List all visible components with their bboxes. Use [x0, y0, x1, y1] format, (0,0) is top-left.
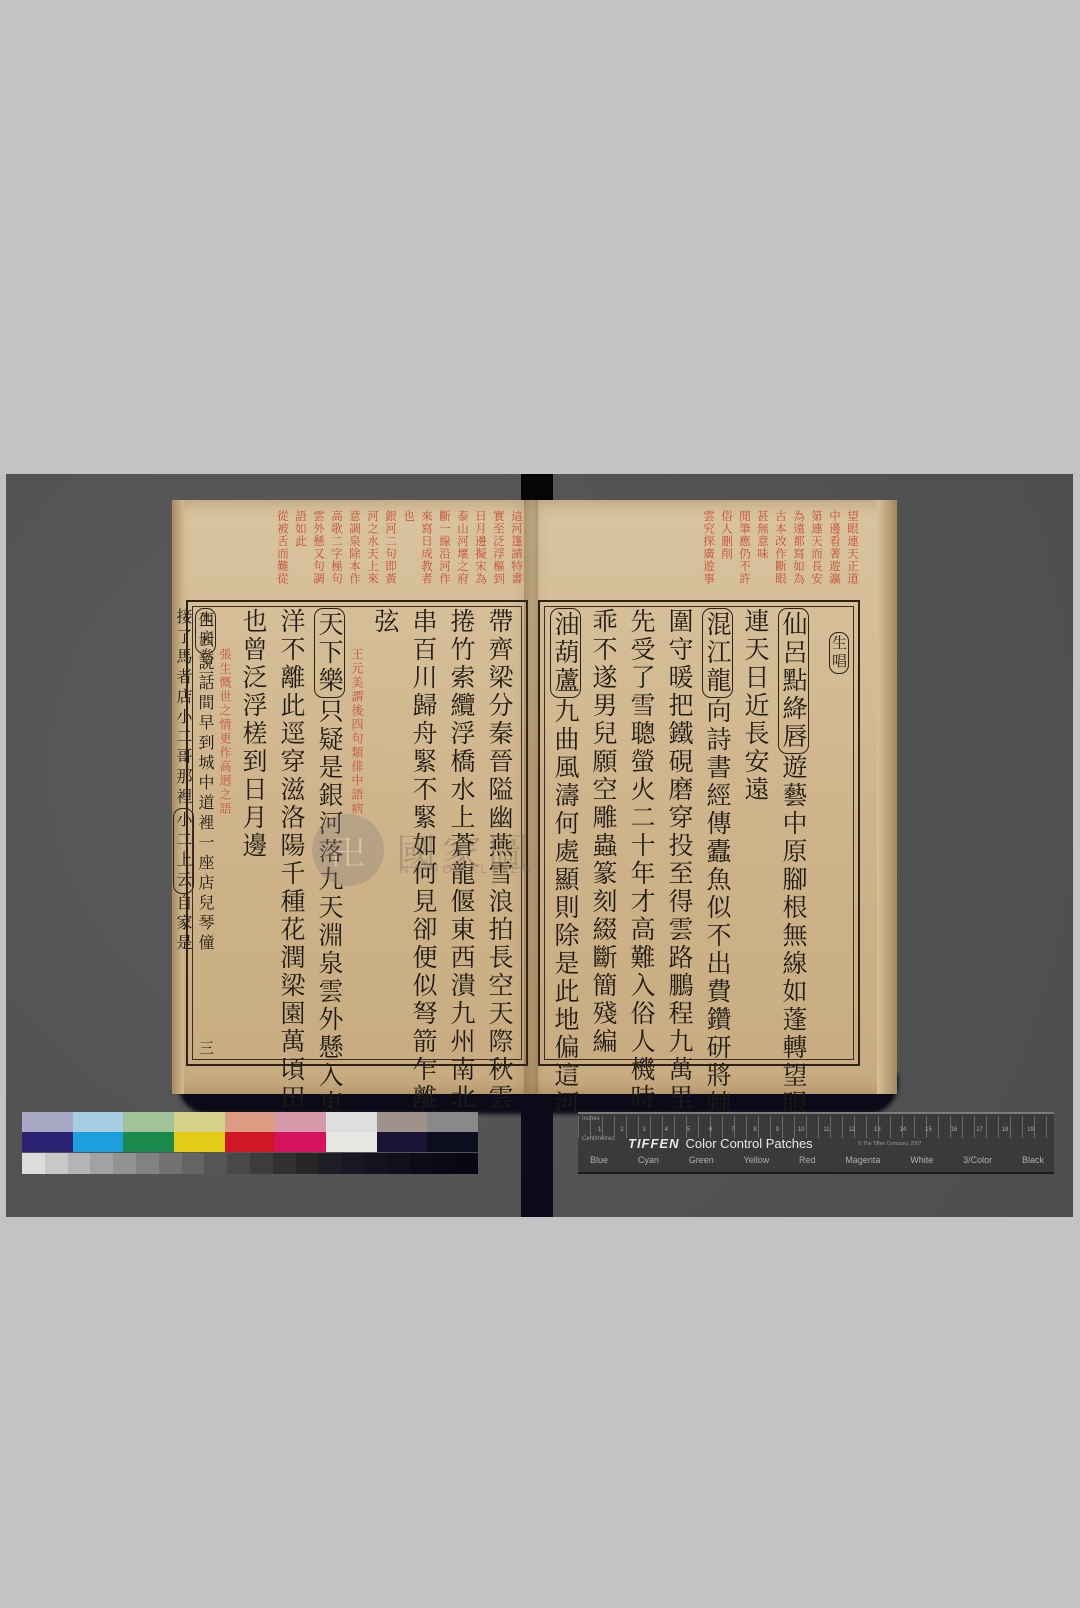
color-swatch: [182, 1153, 205, 1174]
cm-number: 18: [1002, 1127, 1009, 1133]
patch-label: Green: [689, 1155, 714, 1165]
color-swatch: [341, 1153, 364, 1174]
cm-number: 19: [1027, 1127, 1034, 1133]
cm-number: 5: [687, 1127, 690, 1133]
left-upper-annotations: 這河篷請特書實至泛浮樞到日月邊擬宋為泰山河壞之府斷一線沿河作來寫日成教者也銀河二…: [188, 510, 524, 598]
color-swatch: [250, 1153, 273, 1174]
cm-number: 2: [620, 1127, 623, 1133]
color-swatch: [318, 1153, 341, 1174]
cm-number: 8: [753, 1127, 756, 1133]
color-swatch: [68, 1153, 91, 1174]
color-swatch: [159, 1153, 182, 1174]
color-swatch: [455, 1153, 478, 1174]
cm-number: 6: [709, 1127, 712, 1133]
color-swatch: [387, 1153, 410, 1174]
stage-direction: 小二上云: [173, 808, 194, 894]
annotation-column: 閒筆應仍不許: [738, 510, 752, 598]
annotation-column: 河之水天上來: [366, 510, 380, 598]
color-swatch: [377, 1112, 428, 1132]
color-swatch: [90, 1153, 113, 1174]
color-swatch: [73, 1112, 124, 1132]
text-column: 仙呂點絳唇遊藝中原腳根無線如蓬轉望眼: [774, 608, 812, 1058]
color-swatch: [225, 1112, 276, 1132]
annotation-column: 日月邊擬宋為: [474, 510, 488, 598]
patch-label: Red: [799, 1155, 816, 1165]
page-number: 三: [196, 1040, 217, 1058]
cm-number: 13: [874, 1127, 881, 1133]
color-swatch: [174, 1132, 225, 1152]
annotation-column: 來寫日成教者: [420, 510, 434, 598]
tune-title: 天下樂: [314, 608, 345, 698]
cm-number: 7: [731, 1127, 734, 1133]
color-swatch: [123, 1112, 174, 1132]
color-swatch: [377, 1132, 428, 1152]
annotation-column: 也: [402, 510, 416, 598]
centimeters-label: Centimetres: [582, 1136, 614, 1142]
annotation-column: 望眼連天正道: [846, 510, 860, 598]
cm-number: 10: [798, 1127, 805, 1133]
annotation-column: 高歌二字極句: [330, 510, 344, 598]
text-column: 乖不遂男兒願空雕蟲篆刻綴斷簡殘編: [584, 608, 622, 1058]
color-swatch: [204, 1153, 227, 1174]
annotation-column: 為遠都寫如為: [792, 510, 806, 598]
tune-title: 仙呂點絳唇: [778, 608, 809, 754]
patch-labels: BlueCyanGreenYellowRedMagentaWhite3/Colo…: [590, 1155, 1044, 1165]
color-swatch: [123, 1132, 174, 1152]
patch-label: White: [910, 1155, 933, 1165]
annotation-column: 雲外懸又句調: [312, 510, 326, 598]
cm-number: 16: [951, 1127, 958, 1133]
color-swatch: [364, 1153, 387, 1174]
color-swatch: [45, 1153, 68, 1174]
cm-number: 9: [776, 1127, 779, 1133]
cm-number: 11: [823, 1127, 829, 1133]
text-column: 混江龍向詩書經傳蠹魚似不出費鑽研將棘: [698, 608, 736, 1058]
inches-label: Inches: [582, 1116, 600, 1122]
cm-number: 4: [665, 1127, 668, 1133]
text-column: 接了馬者店小二哥那裡小二上云自家是: [172, 608, 194, 1058]
red-commentary: 張生慨世之情更作高迥之語: [216, 608, 234, 1058]
cm-number: 17: [976, 1127, 983, 1133]
annotation-column: 中邊看著遊瀛: [828, 510, 842, 598]
ruler-brand: TIFFENColor Control Patches: [628, 1136, 813, 1151]
color-swatch: [22, 1153, 45, 1174]
annotation-column: 第連天而長安: [810, 510, 824, 598]
color-swatch: [275, 1112, 326, 1132]
annotation-column: 古本改作斷眼: [774, 510, 788, 598]
tiffen-ruler: Inches 12345678910111213141516171819 Cen…: [578, 1112, 1054, 1174]
ruler-copyright: © The Tiffen Company, 2007: [858, 1141, 921, 1147]
color-swatch: [326, 1132, 377, 1152]
cm-numbers: 12345678910111213141516171819: [598, 1127, 1034, 1133]
color-swatch: [113, 1153, 136, 1174]
color-swatch: [427, 1112, 478, 1132]
color-swatch: [227, 1153, 250, 1174]
volume-title: 西廂卷一: [196, 612, 217, 684]
color-swatch: [296, 1153, 319, 1174]
color-swatch: [22, 1132, 73, 1152]
patch-label: Blue: [590, 1155, 608, 1165]
annotation-column: 斷一線沿河作: [438, 510, 452, 598]
annotation-column: 語如此: [294, 510, 308, 598]
page-edge-right: [877, 500, 897, 1094]
annotation-column: 雲究探廣遊事: [702, 510, 716, 598]
cm-number: 14: [900, 1127, 907, 1133]
text-column: 洋不離此逕穿滋洛陽千種花潤梁園萬頃田: [272, 608, 310, 1058]
tune-title: 混江龍: [702, 608, 733, 698]
patch-label: Magenta: [845, 1155, 880, 1165]
color-swatch: [326, 1112, 377, 1132]
cm-number: 1: [598, 1127, 601, 1133]
color-swatch: [73, 1132, 124, 1152]
color-swatch: [22, 1112, 73, 1132]
color-swatch: [225, 1132, 276, 1152]
book-gutter: [524, 500, 538, 1094]
color-swatch: [275, 1132, 326, 1152]
cm-number: 3: [642, 1127, 645, 1133]
left-page: 這河篷請特書實至泛浮樞到日月邊擬宋為泰山河壞之府斷一線沿河作來寫日成教者也銀河二…: [172, 500, 530, 1094]
scanned-photo: 這河篷請特書實至泛浮樞到日月邊擬宋為泰山河壞之府斷一線沿河作來寫日成教者也銀河二…: [6, 474, 1073, 1217]
tune-title: 油葫蘆: [550, 608, 581, 698]
open-book: 這河篷請特書實至泛浮樞到日月邊擬宋為泰山河壞之府斷一線沿河作來寫日成教者也銀河二…: [172, 500, 897, 1094]
annotation-column: 這河篷請特書: [510, 510, 524, 598]
annotation-column: 從被舌而難從: [276, 510, 290, 598]
annotation-column: 甚無意味: [756, 510, 770, 598]
color-swatch: [432, 1153, 455, 1174]
text-column: 油葫蘆九曲風濤何處顯則除是此地偏這河: [546, 608, 584, 1058]
cm-number: 15: [925, 1127, 932, 1133]
right-upper-annotations: 望眼連天正道中邊看著遊瀛第連天而長安為遠都寫如為古本改作斷眼甚無意味閒筆應仍不許…: [550, 510, 860, 598]
color-calibration-chart: [22, 1112, 478, 1174]
text-column: 也曾泛浮槎到日月邊: [234, 608, 272, 1058]
color-swatch: [174, 1112, 225, 1132]
role-label: 生唱: [829, 632, 850, 674]
text-column: 先受了雪聰螢火二十年才高難入俗人機時: [622, 608, 660, 1058]
cm-number: 12: [848, 1127, 855, 1133]
color-swatch: [136, 1153, 159, 1174]
annotation-column: 銀河二句即黃: [384, 510, 398, 598]
patch-label: Cyan: [638, 1155, 659, 1165]
patch-label: Yellow: [744, 1155, 770, 1165]
color-swatch: [410, 1153, 433, 1174]
text-column: 連天日近長安遠: [736, 608, 774, 1058]
text-column: 圍守暖把鐵硯磨穿投至得雲路鵬程九萬里: [660, 608, 698, 1058]
patch-label: 3/Color: [963, 1155, 992, 1165]
color-swatch: [427, 1132, 478, 1152]
annotation-column: 實至泛浮樞到: [492, 510, 506, 598]
ribbon-top: [521, 474, 553, 502]
annotation-column: 意調泉除本作: [348, 510, 362, 598]
annotation-column: 泰山河壞之府: [456, 510, 470, 598]
right-page: 望眼連天正道中邊看著遊瀛第連天而長安為遠都寫如為古本改作斷眼甚無意味閒筆應仍不許…: [530, 500, 897, 1094]
color-swatch: [273, 1153, 296, 1174]
library-logo-icon: 卍: [312, 814, 384, 886]
annotation-column: 俗人刪削: [720, 510, 734, 598]
patch-label: Black: [1022, 1155, 1044, 1165]
right-text-frame: 仙呂點絳唇遊藝中原腳根無線如蓬轉望眼連天日近長安遠混江龍向詩書經傳蠹魚似不出費鑽…: [538, 600, 860, 1066]
